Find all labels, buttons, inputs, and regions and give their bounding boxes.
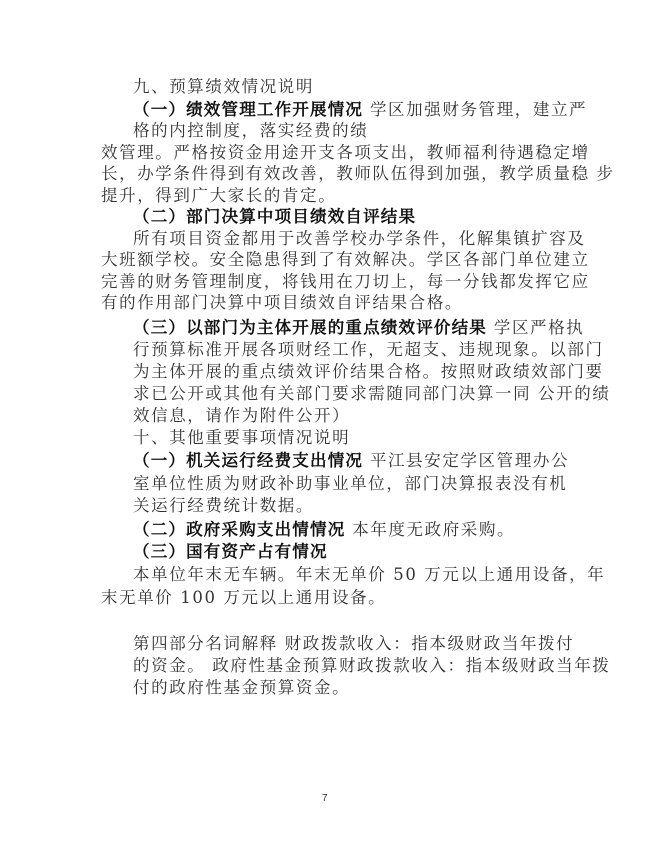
paragraph-line: 为主体开展的重点绩效评价结果合格。按照财政绩效部门要 [133,362,604,382]
section-10-title: 十、其他重要事项情况说明 [133,428,350,448]
paragraph-line: 行预算标准开展各项财经工作，无超支、违规现象。以部门 [133,340,604,360]
section-9-sub1-line1: （一）绩效管理工作开展情况 学区加强财务管理，建立严 [133,100,587,120]
section-9-sub1-heading: （一）绩效管理工作开展情况 [133,100,363,119]
paragraph-line: 的资金。 政府性基金预算财政拨款收入：指本级财政当年拨 [133,656,610,676]
paragraph-line: 本单位年末无车辆。年末无单价 50 万元以上通用设备，年 [133,565,605,585]
paragraph-line: 末无单价 100 万元以上通用设备。 [101,588,386,608]
section-10-sub1-line1: （一）机关运行经费支出情况 平江县安定学区管理办公 [133,451,569,471]
paragraph-text: 学区加强财务管理，建立严 [363,100,587,119]
heading-text: （二）部门决算中项目绩效自评结果 [133,207,416,226]
paragraph-line: 提升，得到广大家长的肯定。 [101,186,336,206]
section-10-sub2-line1: （二）政府采购支出情情况 本年度无政府采购。 [133,520,515,540]
page-number: 7 [322,793,328,804]
part-4-line1: 第四部分名词解释 财政拨款收入：指本级财政当年拨付 [133,634,574,654]
section-9-sub2-heading: （二）部门决算中项目绩效自评结果 [133,207,416,227]
paragraph-line: 效管理。严格按资金用途开支各项支出，教师福利待遇稳定增 [101,143,590,163]
document-page: 九、预算绩效情况说明 （一）绩效管理工作开展情况 学区加强财务管理，建立严 格的… [0,0,652,844]
paragraph-line: 大班额学校。安全隐患得到了有效解决。学区各部门单位建立 [101,250,590,270]
paragraph-text: 学区严格执 [487,318,584,337]
paragraph-line: 关运行经费统计数据。 [133,496,314,516]
paragraph-line: 完善的财务管理制度，将钱用在刀切上，每一分钱都发挥它应 [101,272,590,292]
paragraph-text: 平江县安定学区管理办公 [363,451,569,470]
paragraph-line: 格的内控制度，落实经费的绩 [133,121,368,141]
section-10-sub2-heading: （二）政府采购支出情情况 [133,520,345,539]
section-9-sub3-line1: （三）以部门为主体开展的重点绩效评价结果 学区严格执 [133,318,584,338]
paragraph-line: 长，办学条件得到有效改善，教师队伍得到加强，教学质量稳 步 [101,164,615,184]
paragraph-line: 所有项目资金都用于改善学校办学条件，化解集镇扩容及 [133,229,586,249]
paragraph-line: 求已公开或其他有关部门要求需随同部门决算一同 公开的绩 [133,384,610,404]
section-10-sub1-heading: （一）机关运行经费支出情况 [133,451,363,470]
paragraph-line: 室单位性质为财政补助事业单位，部门决算报表没有机 [133,474,567,494]
section-10-sub3-heading: （三）国有资产占有情况 [133,542,328,562]
paragraph-line: 有的作用部门决算中项目绩效自评结果合格。 [101,293,463,313]
paragraph-line: 付的政府性基金预算资金。 [133,678,350,698]
heading-text: （三）国有资产占有情况 [133,542,328,561]
section-9-title: 九、预算绩效情况说明 [133,77,314,97]
section-9-sub3-heading: （三）以部门为主体开展的重点绩效评价结果 [133,318,487,337]
paragraph-line: 效信息，请作为附件公开） [133,406,350,426]
paragraph-text: 本年度无政府采购。 [345,520,515,539]
